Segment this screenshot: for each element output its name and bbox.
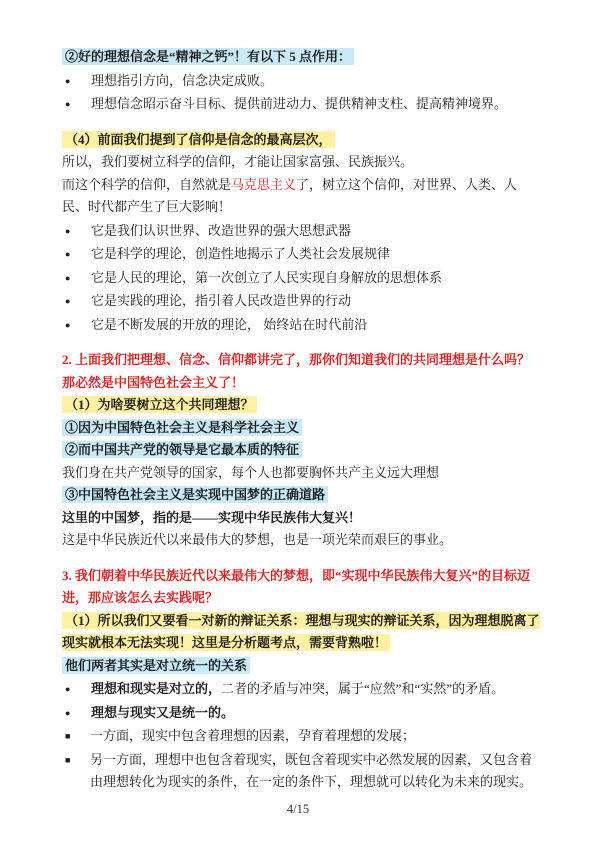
question-3-heading: 3. 我们朝着中华民族近代以来最伟大的梦想，即“实现中华民族伟大复兴”的目标迈进…	[62, 565, 540, 610]
list-item: ● 它是不断发展的开放的理论， 始终站在时代前沿	[62, 314, 540, 337]
unity-detail-list: ■ 一方面，现实中包含着理想的因素，孕育着理想的发展； ■ 另一方面，理想中也包…	[62, 725, 540, 794]
dialectic-relation-heading: （1）所以我们又要看一对新的辩证关系：理想与现实的辩证关系，因为理想脱离了现实就…	[62, 610, 540, 655]
list-item-text: 它是实践的理论，指引着人民改造世界的行动	[91, 290, 540, 313]
list-item: ● 理想和现实是对立的，二者的矛盾与冲突，属于“应然”和“实然”的矛盾。	[62, 678, 540, 701]
china-dream-definition: 这里的中国梦，指的是——实现中华民族伟大复兴！	[62, 507, 540, 530]
marxism-red-text: 马克思主义	[231, 177, 296, 192]
list-item-text: 它是人民的理论，第一次创立了人民实现自身解放的思想体系	[91, 267, 540, 290]
bullet-dot-icon: ●	[62, 93, 91, 116]
why-common-ideal-heading: （1）为啥要树立这个共同理想？	[62, 394, 540, 417]
list-item: ● 理想与现实又是统一的。	[62, 702, 540, 725]
bullet-dot-icon: ●	[62, 314, 91, 337]
reason-point-2: ②而中国共产党的领导是它最本质的特征	[62, 439, 540, 462]
sub-list-item-text: 另一方面，理想中也包含着现实，既包含着现实中必然发展的因素，又包含着由理想转化为…	[90, 749, 540, 794]
document-body: ②好的理想信念是“精神之钙”！有以下 5 点作用： ● 理想指引方向，信念决定成…	[0, 0, 596, 794]
question-2-heading: 2. 上面我们把理想、信念、信仰都讲完了，那你们知道我们的共同理想是什么吗？那必…	[62, 349, 540, 394]
bullet-dot-icon: ●	[62, 220, 91, 243]
bullet-dot-icon: ●	[62, 70, 91, 93]
highlighted-heading-text: ②好的理想信念是“精神之钙”！有以下 5 点作用：	[62, 48, 354, 65]
bullet-dot-icon: ●	[62, 267, 91, 290]
opposed-rest-text: 二者的矛盾与冲突，属于“应然”和“实然”的矛盾。	[221, 681, 504, 696]
list-item-text: 它是科学的理论，创造性地揭示了人类社会发展规律	[91, 243, 540, 266]
sub-list-item: ■ 一方面，现实中包含着理想的因素，孕育着理想的发展；	[62, 725, 540, 748]
bullet-square-icon: ■	[62, 725, 90, 748]
list-item-text: 理想和现实是对立的，二者的矛盾与冲突，属于“应然”和“实然”的矛盾。	[91, 678, 540, 701]
highlighted-heading-text: （4）前面我们提到了信仰是信念的最高层次，	[62, 131, 335, 148]
sub-list-item-text: 一方面，现实中包含着理想的因素，孕育着理想的发展；	[90, 725, 540, 748]
faith-heading: （4）前面我们提到了信仰是信念的最高层次，	[62, 129, 540, 152]
list-item: ● 它是实践的理论，指引着人民改造世界的行动	[62, 290, 540, 313]
ideal-belief-heading: ②好的理想信念是“精神之钙”！有以下 5 点作用：	[62, 46, 540, 69]
bullet-dot-icon: ●	[62, 702, 91, 725]
list-item-text: 它是我们认识世界、改造世界的强大思想武器	[91, 220, 540, 243]
bullet-dot-icon: ●	[62, 678, 91, 701]
highlighted-heading-text: （1）所以我们又要看一对新的辩证关系：理想与现实的辩证关系，因为理想脱离了现实就…	[62, 612, 540, 652]
faith-paragraph-1: 所以，我们要树立科学的信仰，才能让国家富强、民族振兴。	[62, 151, 540, 174]
bullet-square-icon: ■	[62, 749, 90, 794]
list-item: ● 理想信念昭示奋斗目标、提供前进动力、提供精神支柱、提高精神境界。	[62, 93, 540, 116]
highlighted-point-text: 他们两者其实是对立统一的关系	[62, 657, 250, 674]
highlighted-point-text: ①因为中国特色社会主义是科学社会主义	[62, 419, 302, 436]
faith-paragraph-2: 而这个科学的信仰，自然就是马克思主义了，树立这个信仰，对世界、人类、人民、时代都…	[62, 174, 540, 219]
list-item: ● 它是科学的理论，创造性地揭示了人类社会发展规律	[62, 243, 540, 266]
ideal-reality-list: ● 理想和现实是对立的，二者的矛盾与冲突，属于“应然”和“实然”的矛盾。 ● 理…	[62, 678, 540, 724]
list-item: ● 它是人民的理论，第一次创立了人民实现自身解放的思想体系	[62, 267, 540, 290]
bullet-dot-icon: ●	[62, 290, 91, 313]
page-number: 4/15	[0, 802, 596, 817]
highlighted-point-text: ③中国特色社会主义是实现中国梦的正确道路	[62, 486, 328, 503]
china-dream-note: 这是中华民族近代以来最伟大的梦想，也是一项光荣而艰巨的事业。	[62, 529, 540, 552]
ideal-belief-list: ● 理想指引方向，信念决定成败。 ● 理想信念昭示奋斗目标、提供前进动力、提供精…	[62, 70, 540, 116]
highlighted-heading-text: （1）为啥要树立这个共同理想？	[62, 396, 257, 413]
marxism-theory-list: ● 它是我们认识世界、改造世界的强大思想武器 ● 它是科学的理论，创造性地揭示了…	[62, 220, 540, 337]
faith-section: （4）前面我们提到了信仰是信念的最高层次， 所以，我们要树立科学的信仰，才能让国…	[62, 129, 540, 337]
reason-point-2-note: 我们身在共产党领导的国家，每个人也都要胸怀共产主义远大理想	[62, 462, 540, 485]
reason-point-3: ③中国特色社会主义是实现中国梦的正确道路	[62, 484, 540, 507]
sub-list-item: ■ 另一方面，理想中也包含着现实，既包含着现实中必然发展的因素，又包含着由理想转…	[62, 749, 540, 794]
list-item: ● 理想指引方向，信念决定成败。	[62, 70, 540, 93]
highlighted-point-text: ②而中国共产党的领导是它最本质的特征	[62, 441, 302, 458]
unity-of-opposites-line: 他们两者其实是对立统一的关系	[62, 655, 540, 678]
reason-point-1: ①因为中国特色社会主义是科学社会主义	[62, 417, 540, 440]
bullet-dot-icon: ●	[62, 243, 91, 266]
list-item-text: 理想信念昭示奋斗目标、提供前进动力、提供精神支柱、提高精神境界。	[91, 93, 540, 116]
paragraph-text: 而这个科学的信仰，自然就是	[62, 177, 231, 192]
list-item-text: 理想与现实又是统一的。	[91, 702, 540, 725]
list-item-text: 理想指引方向，信念决定成败。	[91, 70, 540, 93]
ideal-reality-section: 3. 我们朝着中华民族近代以来最伟大的梦想，即“实现中华民族伟大复兴”的目标迈进…	[62, 565, 540, 794]
common-ideal-section: 2. 上面我们把理想、信念、信仰都讲完了，那你们知道我们的共同理想是什么吗？那必…	[62, 349, 540, 552]
list-item-text: 它是不断发展的开放的理论， 始终站在时代前沿	[91, 314, 540, 337]
opposed-lead-text: 理想和现实是对立的，	[91, 681, 221, 696]
list-item: ● 它是我们认识世界、改造世界的强大思想武器	[62, 220, 540, 243]
